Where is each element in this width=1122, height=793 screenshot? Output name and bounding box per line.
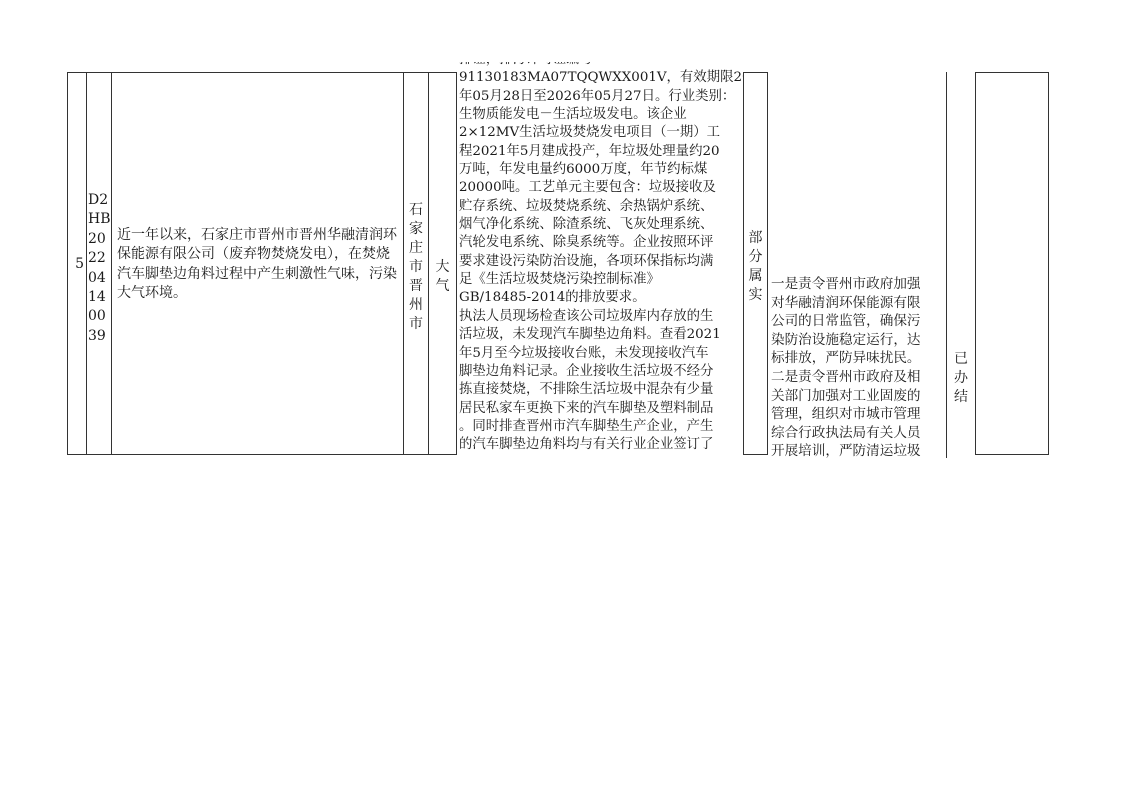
status-cell: 已 办 结 bbox=[946, 72, 975, 458]
complaint-text: 近一年以来，石家庄市晋州市晋州华融清润环保能源有限公司（废弃物焚烧发电），在焚烧… bbox=[117, 226, 399, 304]
remark-cell bbox=[975, 72, 1049, 455]
index-cell: 5 bbox=[67, 72, 87, 455]
case-code-cell: D2 HB 20 22 04 14 00 39 bbox=[86, 72, 112, 455]
status-text: 已 办 结 bbox=[947, 350, 975, 407]
category-cell: 大 气 bbox=[428, 72, 457, 455]
investigation-left-border bbox=[456, 72, 457, 455]
investigation-clip: 排证，排污许可证编号 91130183MA07TQQWXX001V，有效期限20… bbox=[456, 62, 744, 458]
verdict-text: 部 分 属 实 bbox=[744, 229, 767, 305]
handling-text: 一是责令晋州市政府加强 对华融清润环保能源有限 公司的日常监管，确保污 染防治设… bbox=[771, 275, 921, 458]
region-text: 石 家 庄 市 晋 州 市 bbox=[404, 201, 428, 334]
row-index: 5 bbox=[68, 256, 86, 272]
complaint-cell: 近一年以来，石家庄市晋州市晋州华融清润环保能源有限公司（废弃物焚烧发电），在焚烧… bbox=[111, 72, 404, 455]
verdict-cell: 部 分 属 实 bbox=[743, 72, 768, 455]
handling-clip: 一是责令晋州市政府加强 对华融清润环保能源有限 公司的日常监管，确保污 染防治设… bbox=[768, 72, 946, 458]
region-cell: 石 家 庄 市 晋 州 市 bbox=[403, 72, 429, 455]
category-text: 大 气 bbox=[429, 258, 456, 296]
case-code: D2 HB 20 22 04 14 00 39 bbox=[88, 191, 111, 346]
investigation-text: 排证，排污许可证编号 91130183MA07TQQWXX001V，有效期限20… bbox=[459, 62, 743, 455]
